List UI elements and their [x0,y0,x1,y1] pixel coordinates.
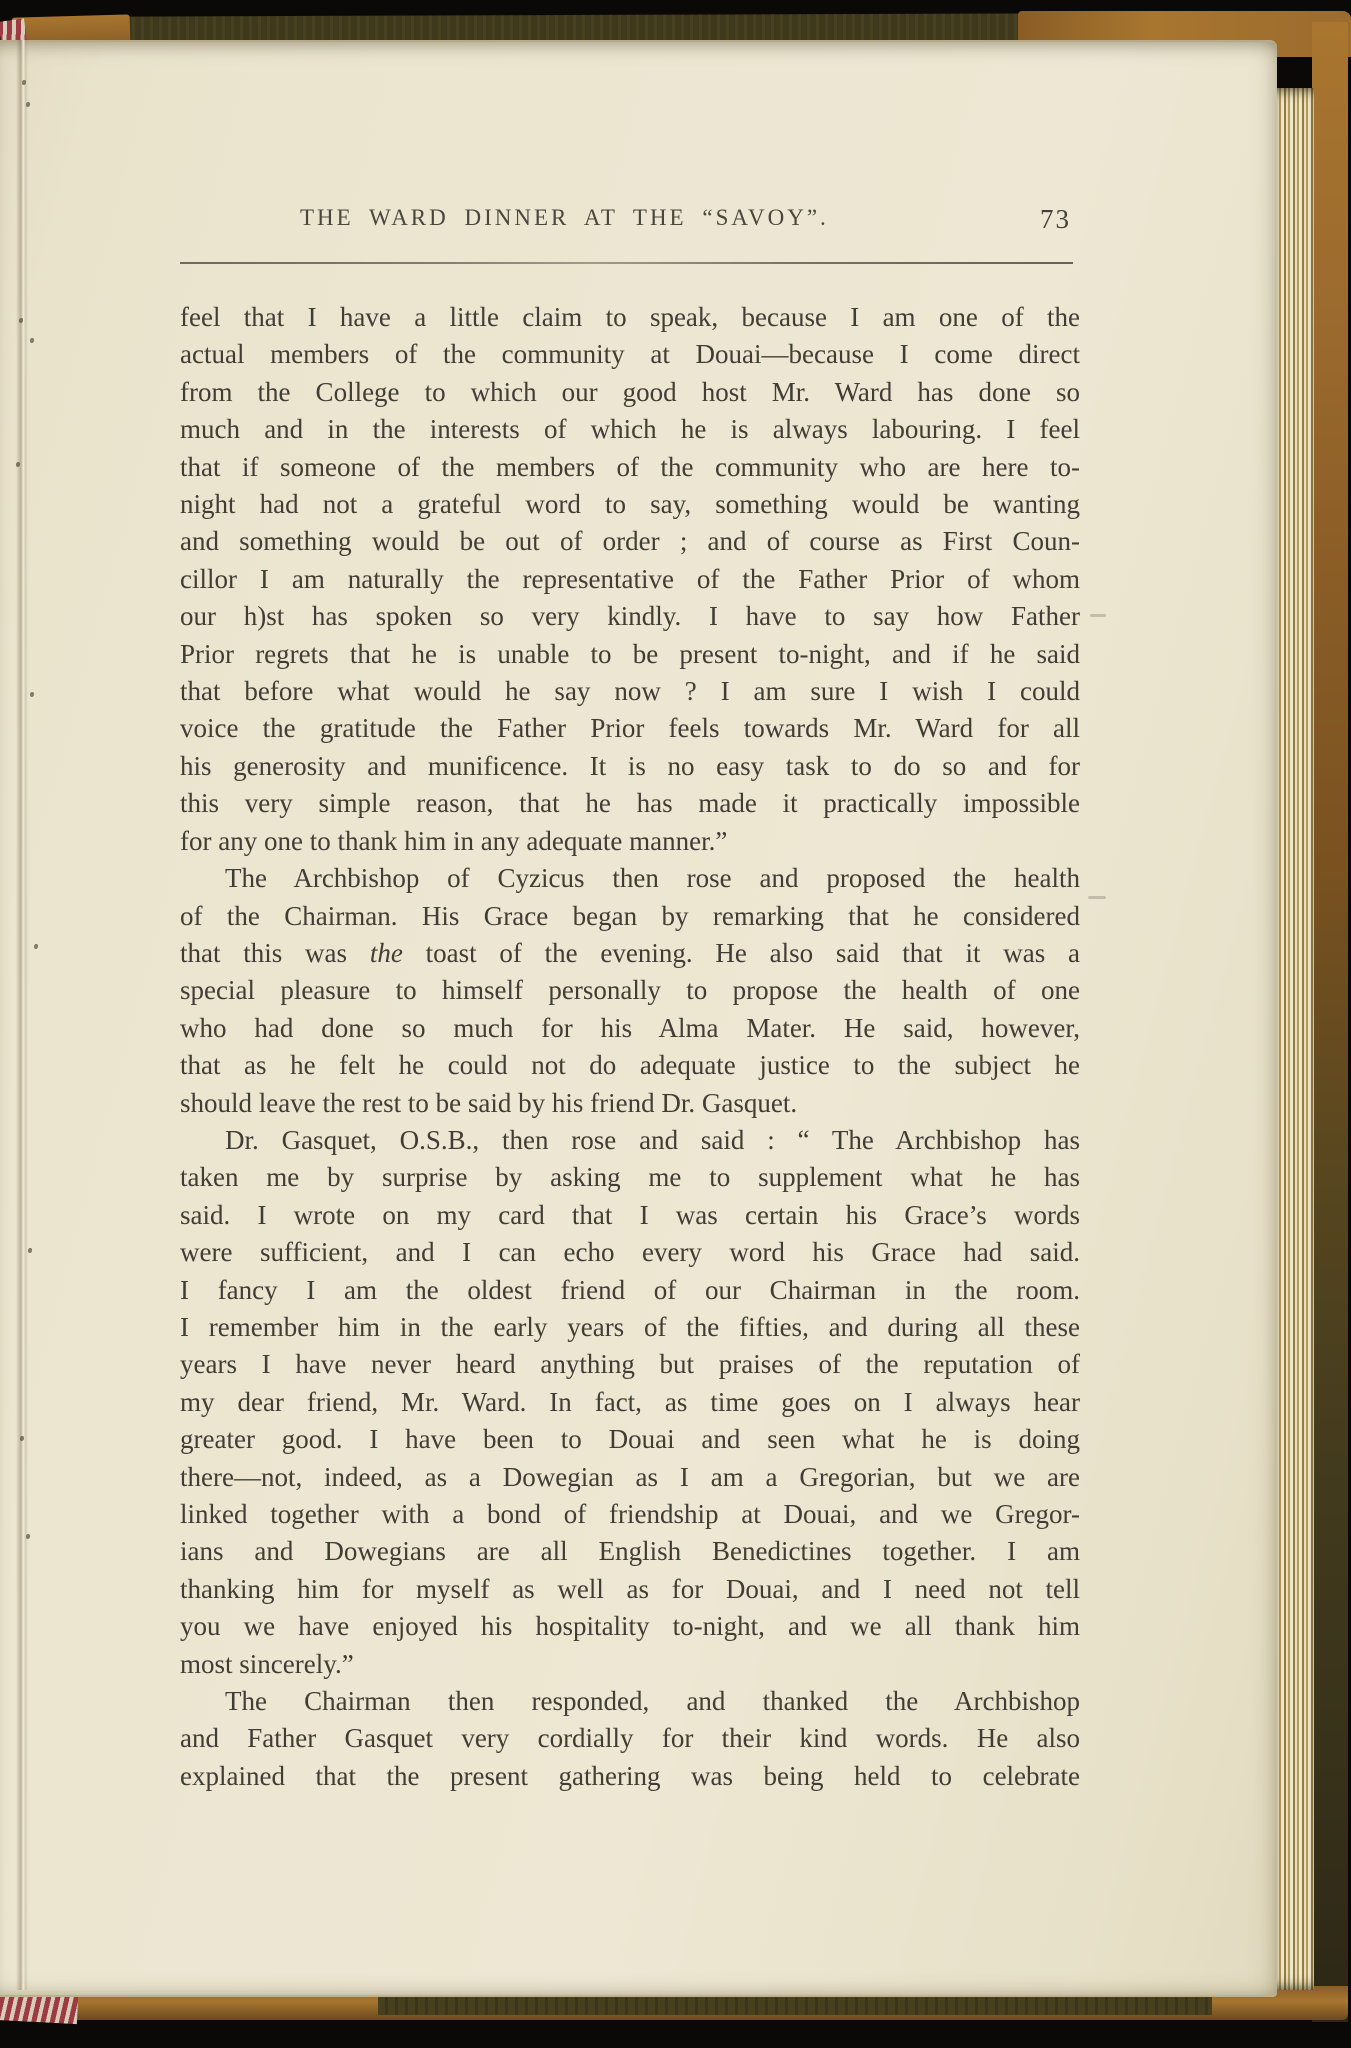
text-segment: this very simple reason, that he has mad… [180,788,1080,818]
text-line: should leave the rest to be said by his … [180,1085,1080,1122]
text-line: and something would be out of order ; an… [180,523,1080,560]
italic-text: the [370,938,403,968]
text-segment: I remember him in the early years of the… [180,1312,1080,1342]
text-segment: said. I wrote on my card that I was cert… [180,1200,1080,1230]
text-line: ians and Dowegians are all English Bened… [180,1533,1080,1570]
text-segment: I fancy I am the oldest friend of our Ch… [180,1275,1080,1305]
text-segment: his generosity and munificence. It is no… [180,751,1080,781]
text-segment: Dr. Gasquet, O.S.B., then rose and said … [225,1125,1080,1155]
text-line: most sincerely.” [180,1646,1080,1683]
text-segment: my dear friend, Mr. Ward. In fact, as ti… [180,1387,1080,1417]
text-line: The Archbishop of Cyzicus then rose and … [180,860,1080,897]
text-line: special pleasure to himself personally t… [180,972,1080,1009]
text-segment: years I have never heard anything but pr… [180,1349,1080,1379]
text-segment: who had done so much for his Alma Mater.… [180,1013,1080,1043]
text-segment: feel that I have a little claim to speak… [180,302,1080,332]
text-segment: special pleasure to himself personally t… [180,975,1080,1005]
text-line: much and in the interests of which he is… [180,411,1080,448]
text-line: who had done so much for his Alma Mater.… [180,1010,1080,1047]
text-line: my dear friend, Mr. Ward. In fact, as ti… [180,1384,1080,1421]
text-segment: explained that the present gathering was… [180,1761,1080,1791]
text-segment: night had not a grateful word to say, so… [180,489,1080,519]
text-line: linked together with a bond of friendshi… [180,1496,1080,1533]
text-line: his generosity and munificence. It is no… [180,748,1080,785]
text-line: said. I wrote on my card that I was cert… [180,1197,1080,1234]
text-segment: should leave the rest to be said by his … [180,1088,797,1118]
text-line: greater good. I have been to Douai and s… [180,1421,1080,1458]
text-segment: were sufficient, and I can echo every wo… [180,1237,1080,1267]
text-line: that before what would he say now ? I am… [180,673,1080,710]
text-segment: that if someone of the members of the co… [180,452,1080,482]
text-line: The Chairman then responded, and thanked… [180,1683,1080,1720]
text-segment: that as he felt he could not do adequate… [180,1050,1080,1080]
text-line: you we have enjoyed his hospitality to-n… [180,1608,1080,1645]
text-segment: and something would be out of order ; an… [180,526,1080,556]
text-line: feel that I have a little claim to speak… [180,299,1080,336]
text-line: that this was the toast of the evening. … [180,935,1080,972]
text-segment: that before what would he say now ? I am… [180,676,1080,706]
text-segment: greater good. I have been to Douai and s… [180,1424,1080,1454]
text-line: years I have never heard anything but pr… [180,1346,1080,1383]
header-rule [180,262,1073,264]
text-line: for any one to thank him in any adequate… [180,823,1080,860]
text-line: explained that the present gathering was… [180,1758,1080,1795]
text-line: and Father Gasquet very cordially for th… [180,1720,1080,1757]
text-line: our h)st has spoken so very kindly. I ha… [180,598,1080,635]
running-header-title: THE WARD DINNER AT THE “SAVOY”. [300,205,829,235]
text-line: were sufficient, and I can echo every wo… [180,1234,1080,1271]
text-segment: The Archbishop of Cyzicus then rose and … [225,863,1080,893]
text-segment: there—not, indeed, as a Dowegian as I am… [180,1462,1080,1492]
text-block: feel that I have a little claim to speak… [180,299,1080,1795]
text-line: cillor I am naturally the representative… [180,561,1080,598]
text-line: night had not a grateful word to say, so… [180,486,1080,523]
text-line: this very simple reason, that he has mad… [180,785,1080,822]
text-segment: thanking him for myself as well as for D… [180,1574,1080,1604]
text-segment: actual members of the community at Douai… [180,339,1080,369]
text-line: I fancy I am the oldest friend of our Ch… [180,1272,1080,1309]
page-edges-stack [1277,88,1314,1990]
text-segment: The Chairman then responded, and thanked… [225,1686,1080,1716]
text-line: from the College to which our good host … [180,374,1080,411]
text-segment: voice the gratitude the Father Prior fee… [180,713,1080,743]
text-line: that if someone of the members of the co… [180,449,1080,486]
page-number: 73 [1040,204,1071,235]
text-segment: most sincerely.” [180,1649,354,1679]
text-segment: of the Chairman. His Grace began by rema… [180,901,1080,931]
text-segment: linked together with a bond of friendshi… [180,1499,1080,1529]
text-segment: taken me by surprise by asking me to sup… [180,1162,1080,1192]
text-segment: for any one to thank him in any adequate… [180,826,727,856]
gutter-crease [16,40,28,1990]
text-segment: much and in the interests of which he is… [180,414,1080,444]
text-line: actual members of the community at Douai… [180,336,1080,373]
margin-smudge [1088,896,1106,899]
text-line: thanking him for myself as well as for D… [180,1571,1080,1608]
scanned-book-photo: THE WARD DINNER AT THE “SAVOY”. 73 feel … [0,0,1351,2048]
text-segment: Prior regrets that he is unable to be pr… [180,639,1080,669]
text-line: there—not, indeed, as a Dowegian as I am… [180,1459,1080,1496]
text-segment: cillor I am naturally the representative… [180,564,1080,594]
text-segment: from the College to which our good host … [180,377,1080,407]
text-segment: that this was [180,938,370,968]
text-segment: you we have enjoyed his hospitality to-n… [180,1611,1080,1641]
text-line: Dr. Gasquet, O.S.B., then rose and said … [180,1122,1080,1159]
margin-smudge [1090,614,1106,617]
text-line: voice the gratitude the Father Prior fee… [180,710,1080,747]
text-segment: our h)st has spoken so very kindly. I ha… [180,601,1080,631]
text-line: Prior regrets that he is unable to be pr… [180,636,1080,673]
text-segment: toast of the evening. He also said that … [403,938,1080,968]
text-segment: ians and Dowegians are all English Bened… [180,1536,1080,1566]
text-line: of the Chairman. His Grace began by rema… [180,898,1080,935]
text-line: that as he felt he could not do adequate… [180,1047,1080,1084]
text-line: I remember him in the early years of the… [180,1309,1080,1346]
book-cover-right-edge [1312,22,1348,2022]
text-segment: and Father Gasquet very cordially for th… [180,1723,1080,1753]
text-line: taken me by surprise by asking me to sup… [180,1159,1080,1196]
